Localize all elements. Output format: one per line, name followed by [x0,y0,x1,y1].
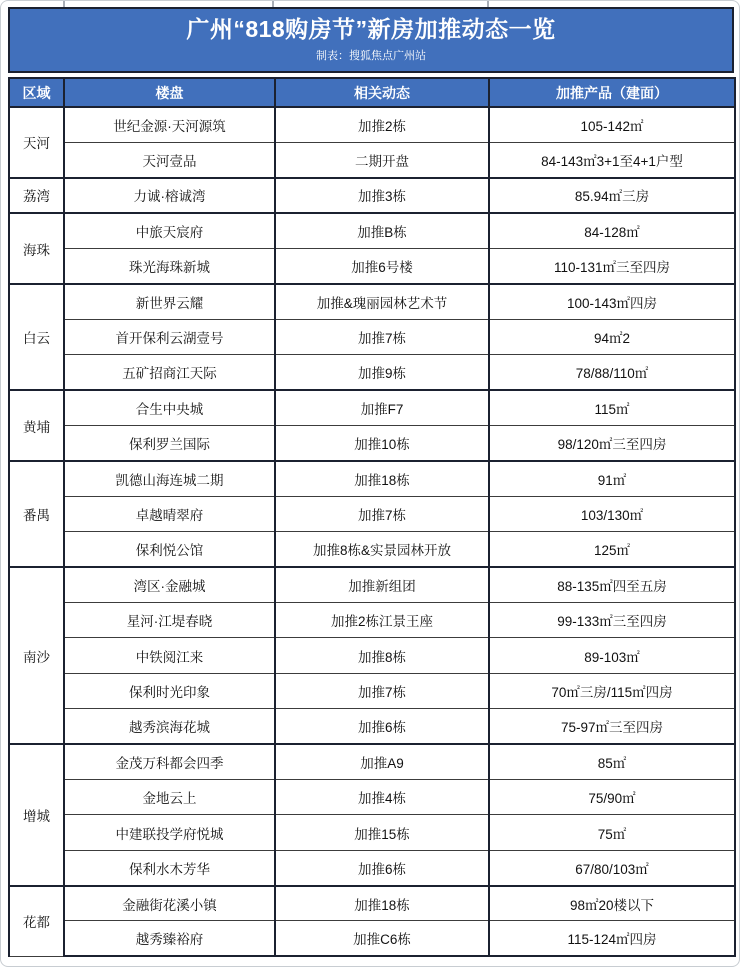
table-row: 卓越晴翠府加推7栋103/130㎡ [9,496,735,531]
table-row: 海珠中旅天宸府加推B栋84-128㎡ [9,213,735,248]
property-name-cell: 保利时光印象 [64,673,275,708]
table-row: 增城金茂万科都会四季加推A985㎡ [9,744,735,779]
news-cell: 加推6号楼 [275,249,489,284]
property-name-cell: 合生中央城 [64,390,275,425]
table-row: 珠光海珠新城加推6号楼110-131㎡三至四房 [9,249,735,284]
table-row: 天河世纪金源·天河源筑加推2栋105-142㎡ [9,107,735,142]
product-cell: 84-128㎡ [489,213,735,248]
property-name-cell: 中建联投学府悦城 [64,815,275,850]
property-name-cell: 湾区·金融城 [64,567,275,602]
col-header-news: 相关动态 [275,78,489,107]
page-subtitle: 制表：搜狐焦点广州站 [316,47,426,63]
product-cell: 125㎡ [489,532,735,567]
product-cell: 105-142㎡ [489,107,735,142]
product-cell: 85.94㎡三房 [489,178,735,213]
product-cell: 99-133㎡三至四房 [489,602,735,637]
product-cell: 98/120㎡三至四房 [489,426,735,461]
property-name-cell: 越秀臻裕府 [64,921,275,956]
property-name-cell: 力诚·榕诚湾 [64,178,275,213]
table-row: 越秀臻裕府加推C6栋115-124㎡四房 [9,921,735,956]
news-cell: 加推&瑰丽园林艺术节 [275,284,489,319]
table-row: 星河·江堤春晓加推2栋江景王座99-133㎡三至四房 [9,602,735,637]
property-name-cell: 世纪金源·天河源筑 [64,107,275,142]
news-cell: 加推9栋 [275,355,489,390]
product-cell: 103/130㎡ [489,496,735,531]
table-row: 金地云上加推4栋75/90㎡ [9,779,735,814]
property-name-cell: 保利水木芳华 [64,850,275,885]
news-cell: 加推2栋 [275,107,489,142]
listings-table: 区域 楼盘 相关动态 加推产品（建面） 天河世纪金源·天河源筑加推2栋105-1… [8,77,736,957]
news-cell: 加推18栋 [275,886,489,921]
col-header-region: 区域 [9,78,64,107]
product-cell: 78/88/110㎡ [489,355,735,390]
product-cell: 84-143㎡3+1至4+1户型 [489,142,735,177]
property-name-cell: 五矿招商江天际 [64,355,275,390]
news-cell: 加推8栋&实景园林开放 [275,532,489,567]
product-cell: 115㎡ [489,390,735,425]
region-cell: 白云 [9,284,64,390]
property-name-cell: 凯德山海连城二期 [64,461,275,496]
product-cell: 75㎡ [489,815,735,850]
property-name-cell: 卓越晴翠府 [64,496,275,531]
region-cell: 荔湾 [9,178,64,213]
property-name-cell: 中旅天宸府 [64,213,275,248]
col-header-property: 楼盘 [64,78,275,107]
region-cell: 增城 [9,744,64,886]
table-row: 天河壹品二期开盘84-143㎡3+1至4+1户型 [9,142,735,177]
table-row: 中建联投学府悦城加推15栋75㎡ [9,815,735,850]
table-row: 番禺凯德山海连城二期加推18栋91㎡ [9,461,735,496]
property-name-cell: 金茂万科都会四季 [64,744,275,779]
table-row: 保利水木芳华加推6栋67/80/103㎡ [9,850,735,885]
property-name-cell: 珠光海珠新城 [64,249,275,284]
news-cell: 加推6栋 [275,709,489,744]
region-cell: 花都 [9,886,64,957]
product-cell: 67/80/103㎡ [489,850,735,885]
news-cell: 加推3栋 [275,178,489,213]
news-cell: 加推15栋 [275,815,489,850]
screenshot-frame: 广州“818购房节”新房加推动态一览 制表：搜狐焦点广州站 区域 楼盘 相关动态… [0,0,740,967]
region-cell: 海珠 [9,213,64,284]
table-row: 花都金融街花溪小镇加推18栋98㎡20楼以下 [9,886,735,921]
news-cell: 加推10栋 [275,426,489,461]
property-name-cell: 保利罗兰国际 [64,426,275,461]
table-header: 区域 楼盘 相关动态 加推产品（建面） [9,78,735,107]
table-row: 白云新世界云耀加推&瑰丽园林艺术节100-143㎡四房 [9,284,735,319]
table-row: 保利悦公馆加推8栋&实景园林开放125㎡ [9,532,735,567]
col-header-product: 加推产品（建面） [489,78,735,107]
table-row: 五矿招商江天际加推9栋78/88/110㎡ [9,355,735,390]
news-cell: 加推A9 [275,744,489,779]
property-name-cell: 新世界云耀 [64,284,275,319]
property-name-cell: 首开保利云湖壹号 [64,319,275,354]
property-name-cell: 越秀滨海花城 [64,709,275,744]
header-row: 区域 楼盘 相关动态 加推产品（建面） [9,78,735,107]
news-cell: 加推7栋 [275,319,489,354]
property-name-cell: 中铁阅江来 [64,638,275,673]
news-cell: 加推C6栋 [275,921,489,956]
table-row: 越秀滨海花城加推6栋75-97㎡三至四房 [9,709,735,744]
news-cell: 加推6栋 [275,850,489,885]
product-cell: 91㎡ [489,461,735,496]
product-cell: 89-103㎡ [489,638,735,673]
table-row: 首开保利云湖壹号加推7栋94㎡2 [9,319,735,354]
product-cell: 100-143㎡四房 [489,284,735,319]
product-cell: 75-97㎡三至四房 [489,709,735,744]
table-row: 南沙湾区·金融城加推新组团88-135㎡四至五房 [9,567,735,602]
table-title-band: 广州“818购房节”新房加推动态一览 制表：搜狐焦点广州站 [8,7,734,73]
product-cell: 94㎡2 [489,319,735,354]
property-name-cell: 星河·江堤春晓 [64,602,275,637]
news-cell: 加推18栋 [275,461,489,496]
region-cell: 番禺 [9,461,64,567]
product-cell: 75/90㎡ [489,779,735,814]
property-name-cell: 金地云上 [64,779,275,814]
product-cell: 110-131㎡三至四房 [489,249,735,284]
property-name-cell: 保利悦公馆 [64,532,275,567]
product-cell: 115-124㎡四房 [489,921,735,956]
product-cell: 85㎡ [489,744,735,779]
news-cell: 加推F7 [275,390,489,425]
news-cell: 加推2栋江景王座 [275,602,489,637]
news-cell: 加推8栋 [275,638,489,673]
news-cell: 加推新组团 [275,567,489,602]
news-cell: 二期开盘 [275,142,489,177]
news-cell: 加推4栋 [275,779,489,814]
product-cell: 98㎡20楼以下 [489,886,735,921]
region-cell: 南沙 [9,567,64,744]
table-body: 天河世纪金源·天河源筑加推2栋105-142㎡天河壹品二期开盘84-143㎡3+… [9,107,735,956]
product-cell: 88-135㎡四至五房 [489,567,735,602]
property-name-cell: 天河壹品 [64,142,275,177]
property-name-cell: 金融街花溪小镇 [64,886,275,921]
product-cell: 70㎡三房/115㎡四房 [489,673,735,708]
region-cell: 黄埔 [9,390,64,461]
table-row: 黄埔合生中央城加推F7115㎡ [9,390,735,425]
table-row: 保利罗兰国际加推10栋98/120㎡三至四房 [9,426,735,461]
table-row: 保利时光印象加推7栋70㎡三房/115㎡四房 [9,673,735,708]
news-cell: 加推7栋 [275,673,489,708]
table-row: 荔湾力诚·榕诚湾加推3栋85.94㎡三房 [9,178,735,213]
news-cell: 加推B栋 [275,213,489,248]
table-row: 中铁阅江来加推8栋89-103㎡ [9,638,735,673]
region-cell: 天河 [9,107,64,178]
news-cell: 加推7栋 [275,496,489,531]
page-title: 广州“818购房节”新房加推动态一览 [186,17,555,42]
